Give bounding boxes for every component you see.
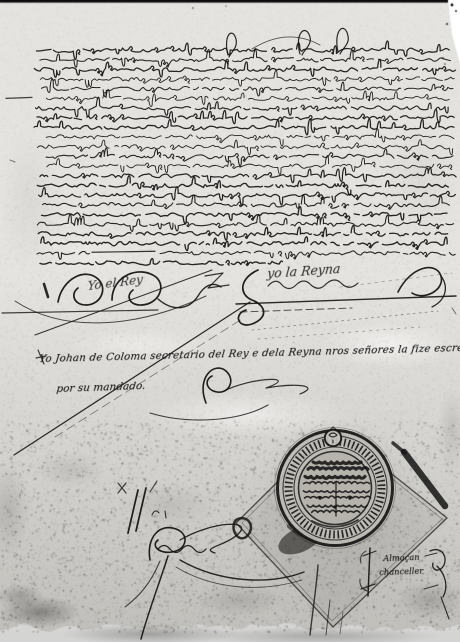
flourish-diagonals [14,302,250,455]
body-text-block [6,28,458,265]
manuscript-photo: Yo el Rey yo la Reyna Yo Johan de Coloma… [0,0,460,642]
chancery-note-line2: chanceller [379,565,423,577]
manuscript-ink [0,0,460,642]
chancery-note-line1: Almaçan [383,552,420,563]
paper-marks [10,160,456,364]
